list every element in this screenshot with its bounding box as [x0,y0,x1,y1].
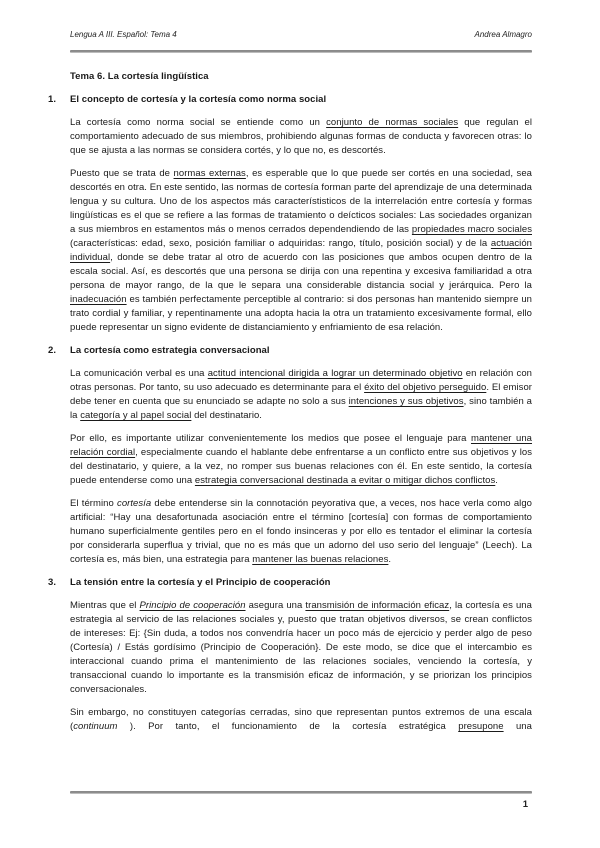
paragraph: El término cortesía debe entenderse sin … [70,497,532,567]
section-heading-text: La tensión entre la cortesía y el Princi… [70,577,331,588]
document-sections: 1.El concepto de cortesía y la cortesía … [70,93,532,734]
header-author-label: Andrea Almagro [474,30,532,39]
emphasized-text: estrategia conversacional destinada a ev… [195,475,495,486]
text-run: , donde se debe tratar al otro de acuerd… [70,252,532,291]
header-course-label: Lengua A III. Español: Tema 4 [70,30,177,39]
text-run: es también perfectamente perceptible al … [70,294,532,333]
text-run: Mientras que el [70,600,140,611]
text-run: del destinatario. [191,410,262,421]
section-number: 1. [48,93,56,107]
text-run: . [388,554,391,565]
paragraph: Mientras que el Principio de cooperación… [70,599,532,697]
paragraph: La cortesía como norma social se entiend… [70,116,532,158]
text-run: asegura una [246,600,306,611]
section-heading: 1.El concepto de cortesía y la cortesía … [70,93,532,107]
text-run: Puesto que se trata de [70,168,174,179]
text-run: El término [70,498,117,509]
text-run: La comunicación verbal es una [70,368,208,379]
emphasized-text: actitud intencional dirigida a lograr un… [208,368,463,379]
section-number: 3. [48,576,56,590]
section-heading: 2.La cortesía como estrategia conversaci… [70,344,532,358]
emphasized-text: presupone [458,721,503,732]
document-page: Lengua A III. Español: Tema 4 Andrea Alm… [0,0,600,848]
section-number: 2. [48,344,56,358]
emphasized-text: continuum [73,721,117,732]
section-heading-text: La cortesía como estrategia conversacion… [70,345,270,356]
page-header: Lengua A III. Español: Tema 4 Andrea Alm… [70,30,532,39]
text-run: La cortesía como norma social se entiend… [70,117,326,128]
paragraph: La comunicación verbal es una actitud in… [70,367,532,423]
emphasized-text: normas externas [174,168,246,179]
emphasized-text: propiedades macro sociales [412,224,532,235]
page-number: 1 [523,799,528,810]
emphasized-text: Principio de cooperación [140,600,246,611]
text-run: . [495,475,498,486]
text-run: , la cortesía es una estrategia al servi… [70,600,532,695]
document-title: Tema 6. La cortesía lingüística [70,70,532,84]
paragraph: Sin embargo, no constituyen categorías c… [70,706,532,734]
emphasized-text: transmisión de información eficaz [305,600,449,611]
emphasized-text: inadecuación [70,294,127,305]
emphasized-text: cortesía [117,498,151,509]
document-content: Tema 6. La cortesía lingüística 1.El con… [70,70,532,743]
header-rule [70,50,532,53]
emphasized-text: mantener las buenas relaciones [252,554,388,565]
emphasized-text: categoría y al papel social [80,410,191,421]
emphasized-text: éxito del objetivo perseguido [364,382,486,393]
emphasized-text: intenciones y sus objetivos [349,396,464,407]
paragraph: Por ello, es importante utilizar conveni… [70,432,532,488]
emphasized-text: conjunto de normas sociales [326,117,458,128]
text-run: ). Por tanto, el funcionamiento de la co… [118,721,459,732]
footer-rule [70,791,532,794]
section-heading-text: El concepto de cortesía y la cortesía co… [70,94,326,105]
text-run: Por ello, es importante utilizar conveni… [70,433,471,444]
text-run: (características: edad, sexo, posición f… [70,238,491,249]
section-heading: 3.La tensión entre la cortesía y el Prin… [70,576,532,590]
text-run: una [504,721,532,732]
paragraph: Puesto que se trata de normas externas, … [70,167,532,335]
